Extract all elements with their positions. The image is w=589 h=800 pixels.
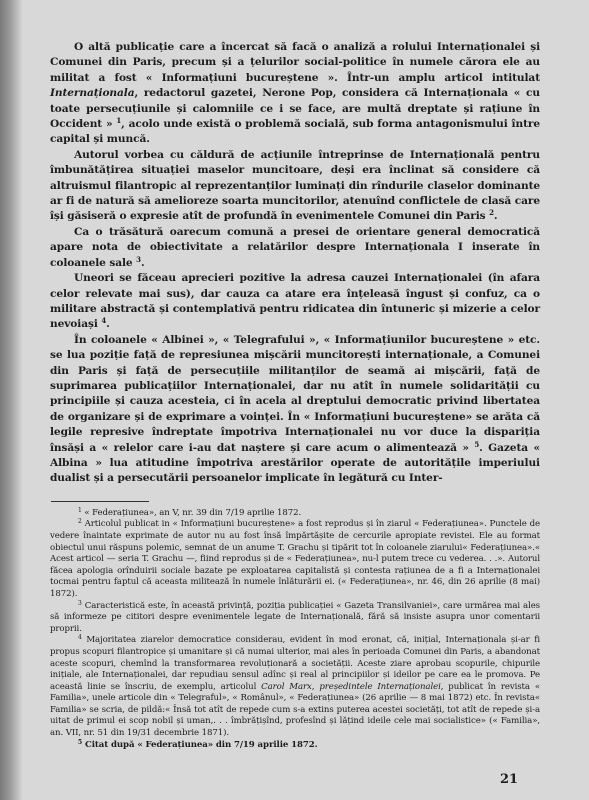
paragraph-3: Ca o trăsătură oarecum comună a presei d… <box>50 225 540 271</box>
book-page: O altă publicație care a încercat să fac… <box>50 40 540 751</box>
footnote-1: 1 « Federațiunea», an V, nr. 39 din 7/19… <box>50 508 540 520</box>
italic-title: Internaționala <box>50 87 134 99</box>
footnotes: 1 « Federațiunea», an V, nr. 39 din 7/19… <box>50 508 540 751</box>
footnote-separator <box>51 501 149 502</box>
book-binding-shadow <box>0 0 22 800</box>
italic-title: Carol Marx, președintele Internaționalei <box>261 682 441 692</box>
paragraph-4: Uneori se făceau aprecieri pozitive la a… <box>50 271 540 333</box>
paragraph-5: În coloanele « Albinei », « Telegrafului… <box>50 333 540 487</box>
footnote-2: 2 Articolul publicat in « Informațiuni b… <box>50 519 540 600</box>
page-number: 21 <box>500 772 518 787</box>
paragraph-1: O altă publicație care a încercat să fac… <box>50 40 540 148</box>
footnote-3: 3 Caracteristică este, în această privin… <box>50 601 540 636</box>
footnote-5: 5 Citat după « Federațiunea» din 7/19 ap… <box>50 740 540 752</box>
footnote-4: 4 Majoritatea ziarelor democratice consi… <box>50 635 540 739</box>
paragraph-2: Autorul vorbea cu căldură de acțiunile î… <box>50 148 540 225</box>
body-text: O altă publicație care a încercat să fac… <box>50 40 540 487</box>
